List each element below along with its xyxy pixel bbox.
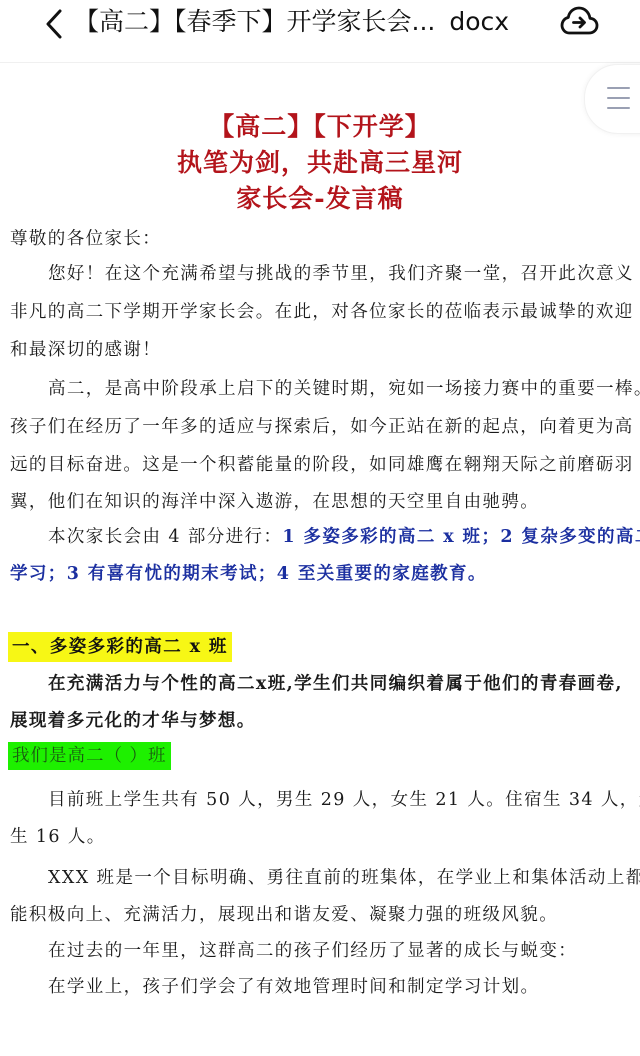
para2-line-4: 翼，他们在知识的海洋中深入遨游，在思想的天空里自由驰骋。 xyxy=(10,485,632,519)
para1-line-1: 您好！在这个充满希望与挑战的季节里，我们齐聚一堂，召开此次意义 xyxy=(48,257,640,291)
para1-line-2: 非凡的高二下学期开学家长会。在此，对各位家长的莅临表示最诚挚的欢迎 xyxy=(10,295,632,329)
stats-line-2: 生 16 人。 xyxy=(10,820,632,854)
doc-title-line-2: 执笔为剑，共赴高三星河 xyxy=(0,146,640,180)
growth-intro: 在过去的一年里，这群高二的孩子们经历了显著的成长与蜕变： xyxy=(48,934,640,968)
cloud-upload-icon xyxy=(559,4,599,38)
class-desc-line-1: XXX 班是一个目标明确、勇往直前的班集体，在学业上和集体活动上都 xyxy=(48,861,640,895)
para2-line-2: 孩子们在经历了一年多的适应与探索后，如今正站在新的起点，向着更为高 xyxy=(10,410,632,444)
document-name: 【高二】【春季下】开学家长会... xyxy=(74,7,435,36)
section-1-heading: 一、多姿多彩的高二 x 班 xyxy=(8,632,232,662)
salutation: 尊敬的各位家长： xyxy=(10,222,632,256)
stats-line-1: 目前班上学生共有 50 人，男生 29 人，女生 21 人。住宿生 34 人，走… xyxy=(48,783,640,817)
doc-title-line-1: 【高二】【下开学】 xyxy=(0,110,640,144)
section1-intro-line-1: 在充满活力与个性的高二x班,学生们共同编织着属于他们的青春画卷, xyxy=(48,667,640,701)
para2-line-3: 远的目标奋进。这是一个积蓄能量的阶段，如同雄鹰在翱翔天际之前磨砺羽 xyxy=(10,448,632,482)
document-title: 【高二】【春季下】开学家长会...docx xyxy=(74,4,509,40)
top-bar: 【高二】【春季下】开学家长会...docx xyxy=(0,0,640,63)
file-extension: docx xyxy=(449,7,509,36)
agenda-line-2: 学习；3 有喜有忧的期末考试；4 至关重要的家庭教育。 xyxy=(10,557,632,591)
para2-line-1: 高二，是高中阶段承上启下的关键时期，宛如一场接力赛中的重要一棒。 xyxy=(48,372,640,406)
para1-line-3: 和最深切的感谢！ xyxy=(10,333,632,367)
agenda-prefix: 本次家长会由 4 部分进行： xyxy=(48,527,282,547)
back-button[interactable] xyxy=(36,6,72,42)
agenda-items-1: 1 多姿多彩的高二 x 班；2 复杂多变的高二 xyxy=(282,527,640,547)
class-desc-line-2: 能积极向上、充满活力，展现出和谐友爱、凝聚力强的班级风貌。 xyxy=(10,898,632,932)
class-label: 我们是高二（ ）班 xyxy=(8,742,171,770)
agenda-line-1: 本次家长会由 4 部分进行：1 多姿多彩的高二 x 班；2 复杂多变的高二 xyxy=(48,520,640,554)
chevron-left-icon xyxy=(36,6,72,42)
cloud-save-button[interactable] xyxy=(559,4,599,38)
academic-growth: 在学业上，孩子们学会了有效地管理时间和制定学习计划。 xyxy=(48,970,640,1004)
section1-intro-line-2: 展现着多元化的才华与梦想。 xyxy=(10,704,632,738)
doc-title-line-3: 家长会-发言稿 xyxy=(0,182,640,216)
